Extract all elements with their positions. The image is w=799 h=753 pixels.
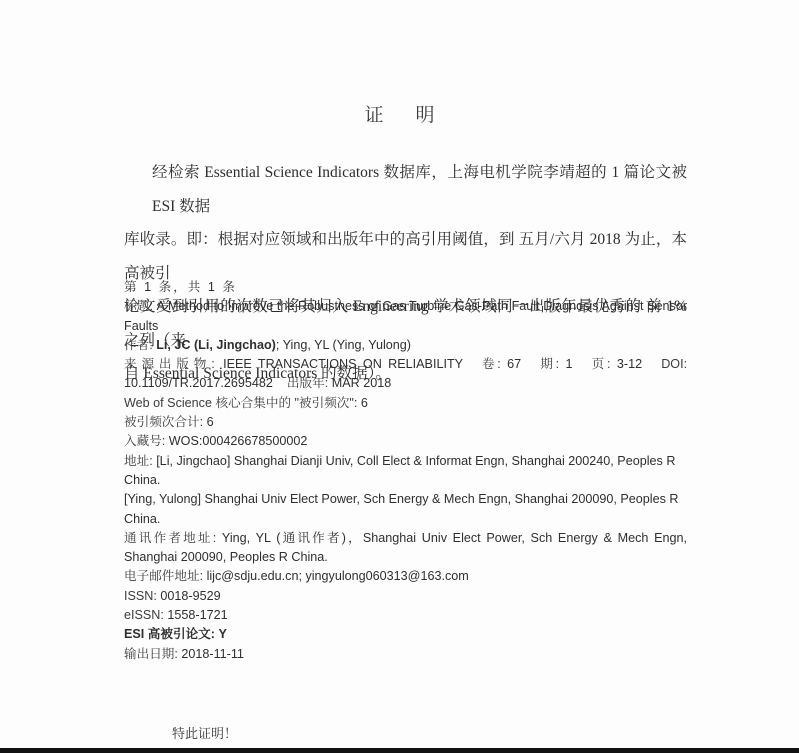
reprint-line1: Ying, YL (通讯作者)，Shanghai Univ Elect Powe… — [222, 531, 687, 545]
reprint-line2: Shanghai 200090, Peoples R China. — [124, 548, 687, 567]
accession-label: 入藏号: — [124, 434, 165, 448]
address1-line2: China. — [124, 471, 687, 490]
record-email: 电子邮件地址: lijc@sdju.edu.cn; yingyulong0603… — [124, 567, 687, 586]
title-char-1: 证 — [364, 100, 383, 127]
record-source: 来源出版物: IEEE TRANSACTIONS ON RELIABILITY … — [124, 355, 687, 374]
pages-label: 页: — [592, 357, 611, 371]
title-value: A Method to Improve the Robustness of Ga… — [124, 299, 687, 332]
record-esi-highly-cited: ESI 高被引论文: Y — [124, 625, 687, 644]
record-count: 第 1 条，共 1 条 — [124, 278, 687, 297]
closing-statement: 特此证明！ — [172, 723, 237, 742]
issn-value: 0018-9529 — [160, 589, 220, 603]
record-total-cited: 被引频次合计: 6 — [124, 413, 687, 432]
title-char-2: 明 — [416, 100, 435, 127]
pubyear-label: 出版年: — [287, 376, 328, 390]
volume-value: 67 — [507, 357, 521, 371]
record-address-1: 地址: [Li, Jingchao] Shanghai Dianji Univ,… — [124, 452, 687, 471]
record-issn: ISSN: 0018-9529 — [124, 587, 687, 606]
output-date-value: 2018-11-11 — [181, 647, 244, 661]
certificate-page: 证明 经检索 Essential Science Indicators 数据库，… — [0, 0, 799, 748]
record-wos-cited: Web of Science 核心合集中的 "被引频次": 6 — [124, 394, 687, 413]
address1-line1: [Li, Jingchao] Shanghai Dianji Univ, Col… — [156, 454, 675, 468]
record-title: 标题: A Method to Improve the Robustness o… — [124, 297, 687, 336]
record-accession: 入藏号: WOS:000426678500002 — [124, 432, 687, 451]
output-date-label: 输出日期: — [124, 647, 178, 661]
record-doi-pubyear: 10.1109/TR.2017.2695482 出版年: MAR 2018 — [124, 374, 687, 393]
pages-value: 3-12 — [617, 357, 642, 371]
author-label: 作者: — [124, 338, 153, 352]
total-cited-value: 6 — [207, 415, 214, 429]
reprint-label: 通讯作者地址: — [124, 531, 216, 545]
page-title: 证明 — [0, 100, 799, 127]
issue-label: 期: — [540, 357, 559, 371]
wos-record: 第 1 条，共 1 条 标题: A Method to Improve the … — [124, 278, 687, 664]
issn-label: ISSN: — [124, 589, 157, 603]
record-eissn: eISSN: 1558-1721 — [124, 606, 687, 625]
volume-label: 卷: — [482, 357, 501, 371]
email-label: 电子邮件地址: — [124, 569, 203, 583]
record-authors: 作者: Li, JC (Li, Jingchao); Ying, YL (Yin… — [124, 336, 687, 355]
accession-value: WOS:000426678500002 — [169, 434, 308, 448]
esi-value: Y — [218, 627, 226, 641]
author-secondary: ; Ying, YL (Ying, Yulong) — [276, 338, 411, 352]
issue-value: 1 — [566, 357, 573, 371]
paragraph-line-1: 经检索 Essential Science Indicators 数据库，上海电… — [124, 156, 687, 223]
wos-cited-value: 6 — [361, 396, 368, 410]
source-value: IEEE TRANSACTIONS ON RELIABILITY — [223, 357, 463, 371]
esi-label: ESI 高被引论文: — [124, 627, 215, 641]
record-output-date: 输出日期: 2018-11-11 — [124, 645, 687, 664]
doi-label: DOI: — [661, 357, 687, 371]
pubyear-value: MAR 2018 — [332, 376, 392, 390]
record-reprint-address: 通讯作者地址: Ying, YL (通讯作者)，Shanghai Univ El… — [124, 529, 687, 548]
eissn-label: eISSN: — [124, 608, 164, 622]
total-cited-label: 被引频次合计: — [124, 415, 203, 429]
email-value: lijc@sdju.edu.cn; yingyulong060313@163.c… — [207, 569, 469, 583]
address-label: 地址: — [124, 454, 153, 468]
title-label: 标题: — [124, 299, 153, 313]
author-primary: Li, JC (Li, Jingchao) — [156, 338, 276, 352]
doi-value: 10.1109/TR.2017.2695482 — [124, 376, 273, 390]
source-label: 来源出版物: — [124, 357, 217, 371]
eissn-value: 1558-1721 — [167, 608, 227, 622]
address2-line2: China. — [124, 510, 687, 529]
record-address-2: [Ying, Yulong] Shanghai Univ Elect Power… — [124, 490, 687, 509]
wos-cited-label: Web of Science 核心合集中的 "被引频次": — [124, 396, 357, 410]
